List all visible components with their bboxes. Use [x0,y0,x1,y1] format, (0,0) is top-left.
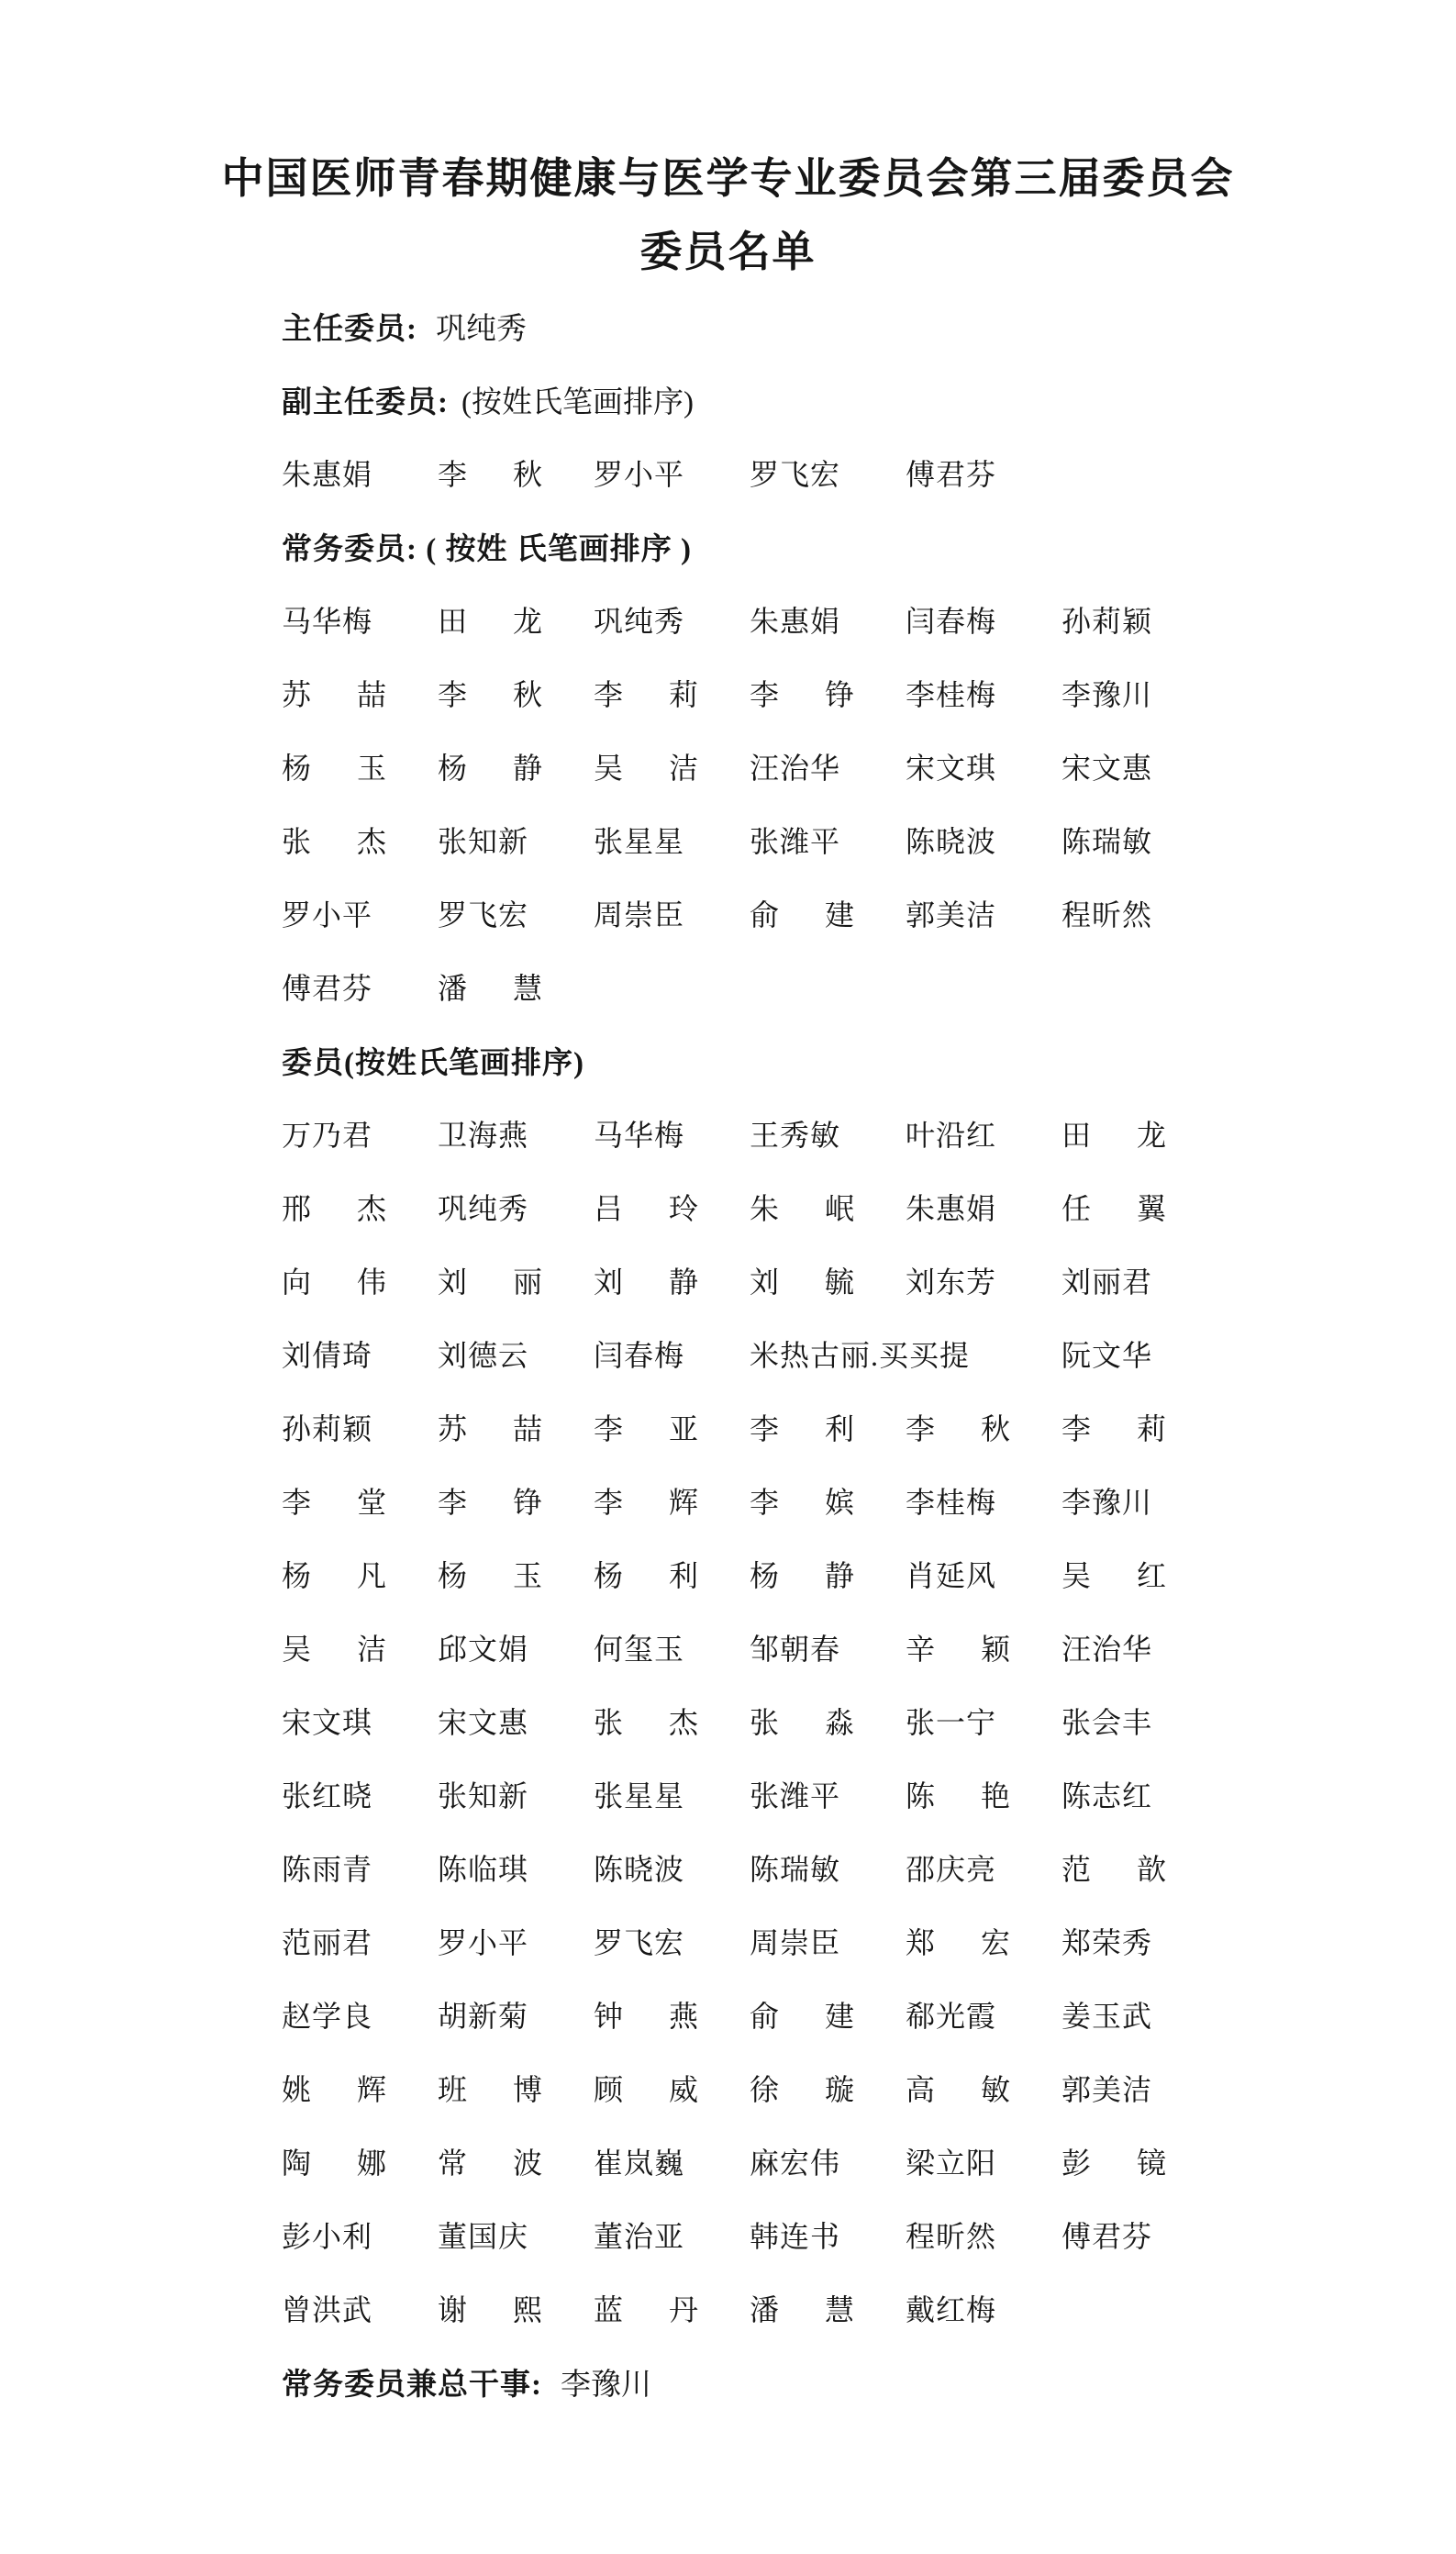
member-name: 李亚 [594,1406,698,1448]
member-name: 李莉 [594,672,698,714]
member-name: 郭美洁 [1061,2067,1217,2109]
member-name: 王秀敏 [750,1112,906,1154]
document-body: 主任委员: 巩纯秀 副主任委员: (按姓氏笔画排序) 朱惠娟李秋罗小平罗飞宏傅君… [282,289,1456,2418]
member-name: 陈志红 [1061,1773,1217,1815]
member-row: 曾洪武谢熙蓝丹潘慧戴红梅 [282,2271,1456,2345]
document-title-line-1: 中国医师青春期健康与医学专业委员会第三届委员会 [0,142,1456,216]
member-name: 李堂 [282,1479,386,1522]
member-name: 顾威 [594,2067,698,2109]
member-name: 邱文娟 [438,1626,594,1668]
member-name: 李秋 [438,452,542,494]
member-row: 向伟刘丽刘静刘毓刘东芳刘丽君 [282,1244,1456,1317]
member-name: 彭小利 [282,2214,438,2256]
member-row: 彭小利董国庆董治亚韩连书程昕然傅君芬 [282,2198,1456,2271]
member-name: 朱惠娟 [750,598,906,641]
member-name: 陶娜 [282,2140,386,2182]
member-name: 杨玉 [438,1553,542,1595]
member-name: 潘慧 [438,965,542,1008]
member-name: 任翼 [1061,1186,1166,1228]
member-name: 刘丽君 [1061,1259,1217,1301]
member-name: 张知新 [438,1773,594,1815]
members-heading-row: 委员(按姓氏笔画排序) [282,1023,1456,1097]
member-name: 田龙 [1061,1112,1166,1154]
member-name: 傅君芬 [282,965,438,1008]
member-row: 刘倩琦刘德云闫春梅米热古丽.买买提阮文华 [282,1317,1456,1390]
member-name: 罗飞宏 [594,1920,750,1962]
member-row: 杨凡杨玉杨利杨静肖延风吴红 [282,1537,1456,1611]
member-name: 孙莉颖 [1061,598,1217,641]
member-row: 李堂李铮李辉李嫔李桂梅李豫川 [282,1464,1456,1537]
member-name: 姜玉武 [1061,1993,1217,2035]
member-row: 万乃君卫海燕马华梅王秀敏叶沿红田龙 [282,1097,1456,1170]
member-name: 张潍平 [750,1773,906,1815]
member-name: 罗飞宏 [438,892,594,934]
member-name: 崔岚巍 [594,2140,750,2182]
member-name: 高敏 [906,2067,1010,2109]
member-name: 卫海燕 [438,1112,594,1154]
member-name: 陈雨青 [282,1846,438,1889]
secretary-row: 常务委员兼总干事: 李豫川 [282,2345,1456,2418]
member-name: 辛颖 [906,1626,1010,1668]
member-name: 朱惠娟 [906,1186,1061,1228]
member-row: 罗小平罗飞宏周崇臣俞建郭美洁程昕然 [282,876,1456,950]
member-name: 陈晓波 [906,819,1061,861]
member-name: 梁立阳 [906,2140,1061,2182]
member-name: 巩纯秀 [438,1186,594,1228]
member-name: 苏喆 [282,672,386,714]
member-name: 郑宏 [906,1920,1010,1962]
member-name: 郭美洁 [906,892,1061,934]
member-name: 程昕然 [906,2214,1061,2256]
member-name: 邹朝春 [750,1626,906,1668]
member-name: 刘倩琦 [282,1333,438,1375]
member-name: 张潍平 [750,819,906,861]
member-name: 宋文琪 [906,745,1061,787]
member-name: 韩连书 [750,2214,906,2256]
member-name: 肖延风 [906,1553,1061,1595]
member-name: 刘毓 [750,1259,854,1301]
member-name: 常波 [438,2140,542,2182]
member-name: 班博 [438,2067,542,2109]
member-row: 杨玉杨静吴洁汪治华宋文琪宋文惠 [282,730,1456,803]
member-name: 麻宏伟 [750,2140,906,2182]
member-name: 李桂梅 [906,1479,1061,1522]
member-row: 陶娜常波崔岚巍麻宏伟梁立阳彭镜 [282,2125,1456,2198]
member-name: 向伟 [282,1259,386,1301]
member-row: 吴洁邱文娟何玺玉邹朝春辛颖汪治华 [282,1611,1456,1684]
member-name: 陈艳 [906,1773,1010,1815]
member-name: 罗小平 [282,892,438,934]
chair-label: 主任委员: [282,305,417,348]
member-name: 马华梅 [594,1112,750,1154]
member-name: 俞建 [750,1993,854,2035]
member-name: 张会丰 [1061,1700,1217,1742]
member-name: 杨静 [750,1553,854,1595]
member-name: 张一宁 [906,1700,1061,1742]
member-row: 朱惠娟李秋罗小平罗飞宏傅君芬 [282,436,1456,509]
member-name: 张红晓 [282,1773,438,1815]
member-name: 胡新菊 [438,1993,594,2035]
member-row: 张红晓张知新张星星张潍平陈艳陈志红 [282,1757,1456,1831]
member-name: 宋文惠 [438,1700,594,1742]
member-name: 吴洁 [282,1626,386,1668]
member-name: 傅君芬 [1061,2214,1217,2256]
member-name: 范歆 [1061,1846,1166,1889]
member-name: 罗小平 [594,452,750,494]
secretary-label: 常务委员兼总干事: [282,2360,542,2403]
member-name: 李铮 [750,672,854,714]
member-name: 张淼 [750,1700,854,1742]
member-name: 李辉 [594,1479,698,1522]
member-name: 吕玲 [594,1186,698,1228]
member-name: 张杰 [282,819,386,861]
member-name: 刘东芳 [906,1259,1061,1301]
vice-chair-heading-row: 副主任委员: (按姓氏笔画排序) [282,362,1456,436]
member-name: 郗光霞 [906,1993,1061,2035]
member-row: 邢杰巩纯秀吕玲朱岷朱惠娟任翼 [282,1170,1456,1244]
member-row: 范丽君罗小平罗飞宏周崇臣郑宏郑荣秀 [282,1904,1456,1978]
member-name: 李秋 [438,672,542,714]
member-name: 曾洪武 [282,2287,438,2329]
member-name: 傅君芬 [906,452,1061,494]
member-name: 叶沿红 [906,1112,1061,1154]
document-page: 中国医师青春期健康与医学专业委员会第三届委员会 委员名单 主任委员: 巩纯秀 副… [0,0,1456,2554]
member-name: 陈晓波 [594,1846,750,1889]
member-name: 姚辉 [282,2067,386,2109]
member-name: 李利 [750,1406,854,1448]
member-row: 姚辉班博顾威徐璇高敏郭美洁 [282,2051,1456,2125]
member-name: 陈瑞敏 [750,1846,906,1889]
member-row: 苏喆李秋李莉李铮李桂梅李豫川 [282,656,1456,730]
member-name: 万乃君 [282,1112,438,1154]
member-name: 罗飞宏 [750,452,906,494]
member-name: 董治亚 [594,2214,750,2256]
standing-heading-row: 常务委员: ( 按姓 氏笔画排序 ) [282,509,1456,583]
member-name: 李秋 [906,1406,1010,1448]
member-row: 赵学良胡新菊钟燕俞建郗光霞姜玉武 [282,1978,1456,2051]
member-name: 巩纯秀 [594,598,750,641]
member-name: 郑荣秀 [1061,1920,1217,1962]
member-name: 刘静 [594,1259,698,1301]
member-name: 程昕然 [1061,892,1217,934]
member-row: 孙莉颖苏喆李亚李利李秋李莉 [282,1390,1456,1464]
chair-name: 巩纯秀 [436,305,527,348]
member-name: 杨玉 [282,745,386,787]
member-name: 钟燕 [594,1993,698,2035]
member-name: 张知新 [438,819,594,861]
member-name: 吴洁 [594,745,698,787]
member-name: 朱惠娟 [282,452,438,494]
member-name: 陈临琪 [438,1846,594,1889]
member-name: 孙莉颖 [282,1406,438,1448]
member-name: 阮文华 [1061,1333,1217,1375]
member-name: 彭镜 [1061,2140,1166,2182]
member-name: 刘德云 [438,1333,594,1375]
member-name: 何玺玉 [594,1626,750,1668]
member-name: 蓝丹 [594,2287,698,2329]
member-name: 李豫川 [1061,672,1217,714]
vice-chair-sort-note: (按姓氏笔画排序) [461,378,694,421]
vice-chair-members: 朱惠娟李秋罗小平罗飞宏傅君芬 [282,436,1456,509]
member-row: 马华梅田龙巩纯秀朱惠娟闫春梅孙莉颖 [282,583,1456,656]
member-name: 戴红梅 [906,2287,1061,2329]
member-name: 宋文惠 [1061,745,1217,787]
member-name: 李莉 [1061,1406,1166,1448]
member-name: 谢熙 [438,2287,542,2329]
member-name: 张星星 [594,819,750,861]
member-name: 潘慧 [750,2287,854,2329]
member-name: 邵庆亮 [906,1846,1061,1889]
standing-committee-label: 常务委员: ( 按姓 氏笔画排序 ) [282,525,692,568]
document-title-line-2: 委员名单 [0,216,1456,289]
member-name: 李嫔 [750,1479,854,1522]
member-name: 徐璇 [750,2067,854,2109]
member-name: 张杰 [594,1700,698,1742]
member-name: 朱岷 [750,1186,854,1228]
member-name: 米热古丽.买买提 [750,1333,1061,1375]
member-name: 罗小平 [438,1920,594,1962]
member-name: 李豫川 [1061,1479,1217,1522]
standing-committee-members: 马华梅田龙巩纯秀朱惠娟闫春梅孙莉颖苏喆李秋李莉李铮李桂梅李豫川杨玉杨静吴洁汪治华… [282,583,1456,1023]
member-name: 宋文琪 [282,1700,438,1742]
member-name: 杨静 [438,745,542,787]
member-name: 汪治华 [1061,1626,1217,1668]
member-name: 闫春梅 [906,598,1061,641]
member-name: 田龙 [438,598,542,641]
member-name: 刘丽 [438,1259,542,1301]
member-name: 邢杰 [282,1186,386,1228]
member-name: 杨凡 [282,1553,386,1595]
member-name: 闫春梅 [594,1333,750,1375]
member-row: 张杰张知新张星星张潍平陈晓波陈瑞敏 [282,803,1456,876]
committee-members: 万乃君卫海燕马华梅王秀敏叶沿红田龙邢杰巩纯秀吕玲朱岷朱惠娟任翼向伟刘丽刘静刘毓刘… [282,1097,1456,2345]
vice-chair-label: 副主任委员: [282,378,449,421]
chair-row: 主任委员: 巩纯秀 [282,289,1456,362]
member-name: 周崇臣 [594,892,750,934]
member-name: 陈瑞敏 [1061,819,1217,861]
members-label: 委员(按姓氏笔画排序) [282,1039,584,1082]
member-name: 汪治华 [750,745,906,787]
member-name: 俞建 [750,892,854,934]
secretary-name: 李豫川 [561,2360,651,2403]
member-row: 陈雨青陈临琪陈晓波陈瑞敏邵庆亮范歆 [282,1831,1456,1904]
member-name: 杨利 [594,1553,698,1595]
member-name: 董国庆 [438,2214,594,2256]
member-name: 苏喆 [438,1406,542,1448]
member-row: 傅君芬潘慧 [282,950,1456,1023]
member-name: 范丽君 [282,1920,438,1962]
member-name: 李桂梅 [906,672,1061,714]
member-name: 李铮 [438,1479,542,1522]
member-name: 周崇臣 [750,1920,906,1962]
member-name: 马华梅 [282,598,438,641]
member-name: 吴红 [1061,1553,1166,1595]
member-name: 赵学良 [282,1993,438,2035]
member-name: 张星星 [594,1773,750,1815]
member-row: 宋文琪宋文惠张杰张淼张一宁张会丰 [282,1684,1456,1757]
